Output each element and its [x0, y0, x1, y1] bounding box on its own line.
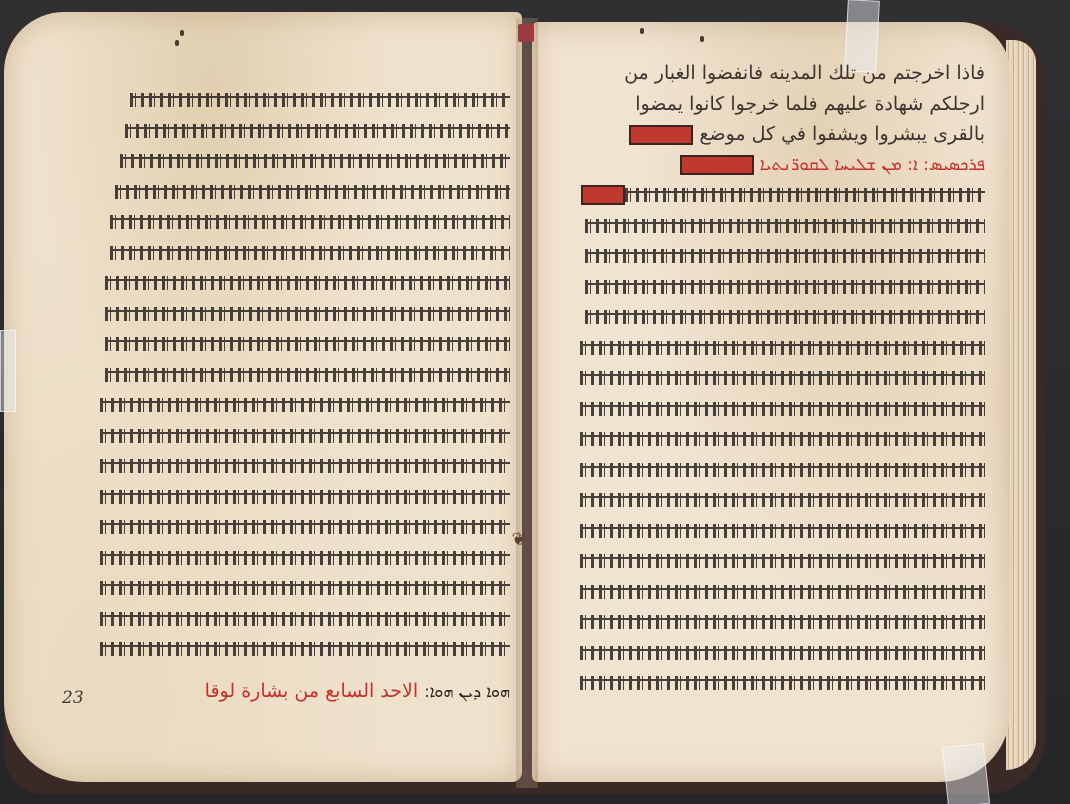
syriac-line: [565, 668, 985, 699]
syriac-line: [565, 577, 985, 608]
left-page-text-block: [60, 85, 510, 665]
arabic-line: بالقرى يبشروا ويشفوا في كل موضع: [565, 119, 985, 150]
syriac-line: [60, 85, 510, 116]
syriac-line: [565, 272, 985, 303]
syriac-line: [565, 302, 985, 333]
syriac-line: [60, 604, 510, 635]
syriac-line: [60, 482, 510, 513]
syriac-line: [565, 516, 985, 547]
mylar-tab-left: [0, 330, 16, 412]
syriac-line: [565, 455, 985, 486]
syriac-line: [60, 116, 510, 147]
syriac-line: [60, 573, 510, 604]
syriac-line: [60, 329, 510, 360]
rubric-heading: الاحد السابع من بشارة لوقا: [205, 680, 418, 702]
syriac-line: [60, 177, 510, 208]
syriac-line: [60, 207, 510, 238]
syriac-line: [565, 485, 985, 516]
rubric-line: ܦܪܟܣܝܣ: ܐ: ܡܢ ܫܠܝܚܐ ܠܩܘܪ̈ܢܬܝܐ: [565, 150, 985, 181]
syriac-line: [565, 424, 985, 455]
rubric-ornament: [629, 125, 693, 145]
wormhole: [640, 28, 644, 34]
syriac-line: [565, 546, 985, 577]
syriac-line: [60, 390, 510, 421]
syriac-line: [60, 634, 510, 665]
syriac-line: [565, 333, 985, 364]
rubric-ornament: [680, 155, 754, 175]
syriac-line: [60, 146, 510, 177]
wormhole: [700, 36, 704, 42]
arabic-line: ارجلكم شهادة عليهم فلما خرجوا كانوا يمضو…: [565, 89, 985, 120]
folio-number: 23: [62, 688, 84, 708]
syriac-line: [60, 512, 510, 543]
page-fore-edge: [1006, 40, 1036, 770]
gutter-ornament-icon: ❦: [509, 530, 529, 550]
book-gutter: [516, 18, 538, 788]
arabic-text: بالقرى يبشروا ويشفوا في كل موضع: [699, 123, 985, 145]
syriac-line: [565, 211, 985, 242]
rubric-heading: ܦܪܟܣܝܣ: ܐ: ܡܢ ܫܠܝܚܐ ܠܩܘܪ̈ܢܬܝܐ: [760, 155, 985, 175]
syriac-line: [60, 360, 510, 391]
syriac-line: [565, 638, 985, 669]
wormhole: [180, 30, 184, 36]
syriac-prefix: ܗܘܐ ܕܝܢ ܗܘܐ:: [424, 682, 510, 701]
arabic-line: فاذا اخرجتم من تلك المدينه فانفضوا الغبا…: [565, 58, 985, 89]
syriac-line: [60, 238, 510, 269]
rubric-ornament: [581, 185, 625, 205]
syriac-line: [565, 180, 985, 211]
syriac-line: [60, 299, 510, 330]
right-page-text-block: فاذا اخرجتم من تلك المدينه فانفضوا الغبا…: [565, 58, 985, 699]
mylar-tab-bottom: [942, 743, 990, 804]
syriac-line: [565, 363, 985, 394]
syriac-line: [565, 394, 985, 425]
wormhole: [175, 40, 179, 46]
syriac-line: [565, 607, 985, 638]
syriac-line: [60, 268, 510, 299]
left-page-last-line: ܗܘܐ ܕܝܢ ܗܘܐ: الاحد السابع من بشارة لوقا: [120, 676, 510, 707]
syriac-line: [60, 451, 510, 482]
syriac-line: [60, 543, 510, 574]
spine-red-binding: [518, 24, 534, 42]
syriac-line: [565, 241, 985, 272]
syriac-line: [60, 421, 510, 452]
